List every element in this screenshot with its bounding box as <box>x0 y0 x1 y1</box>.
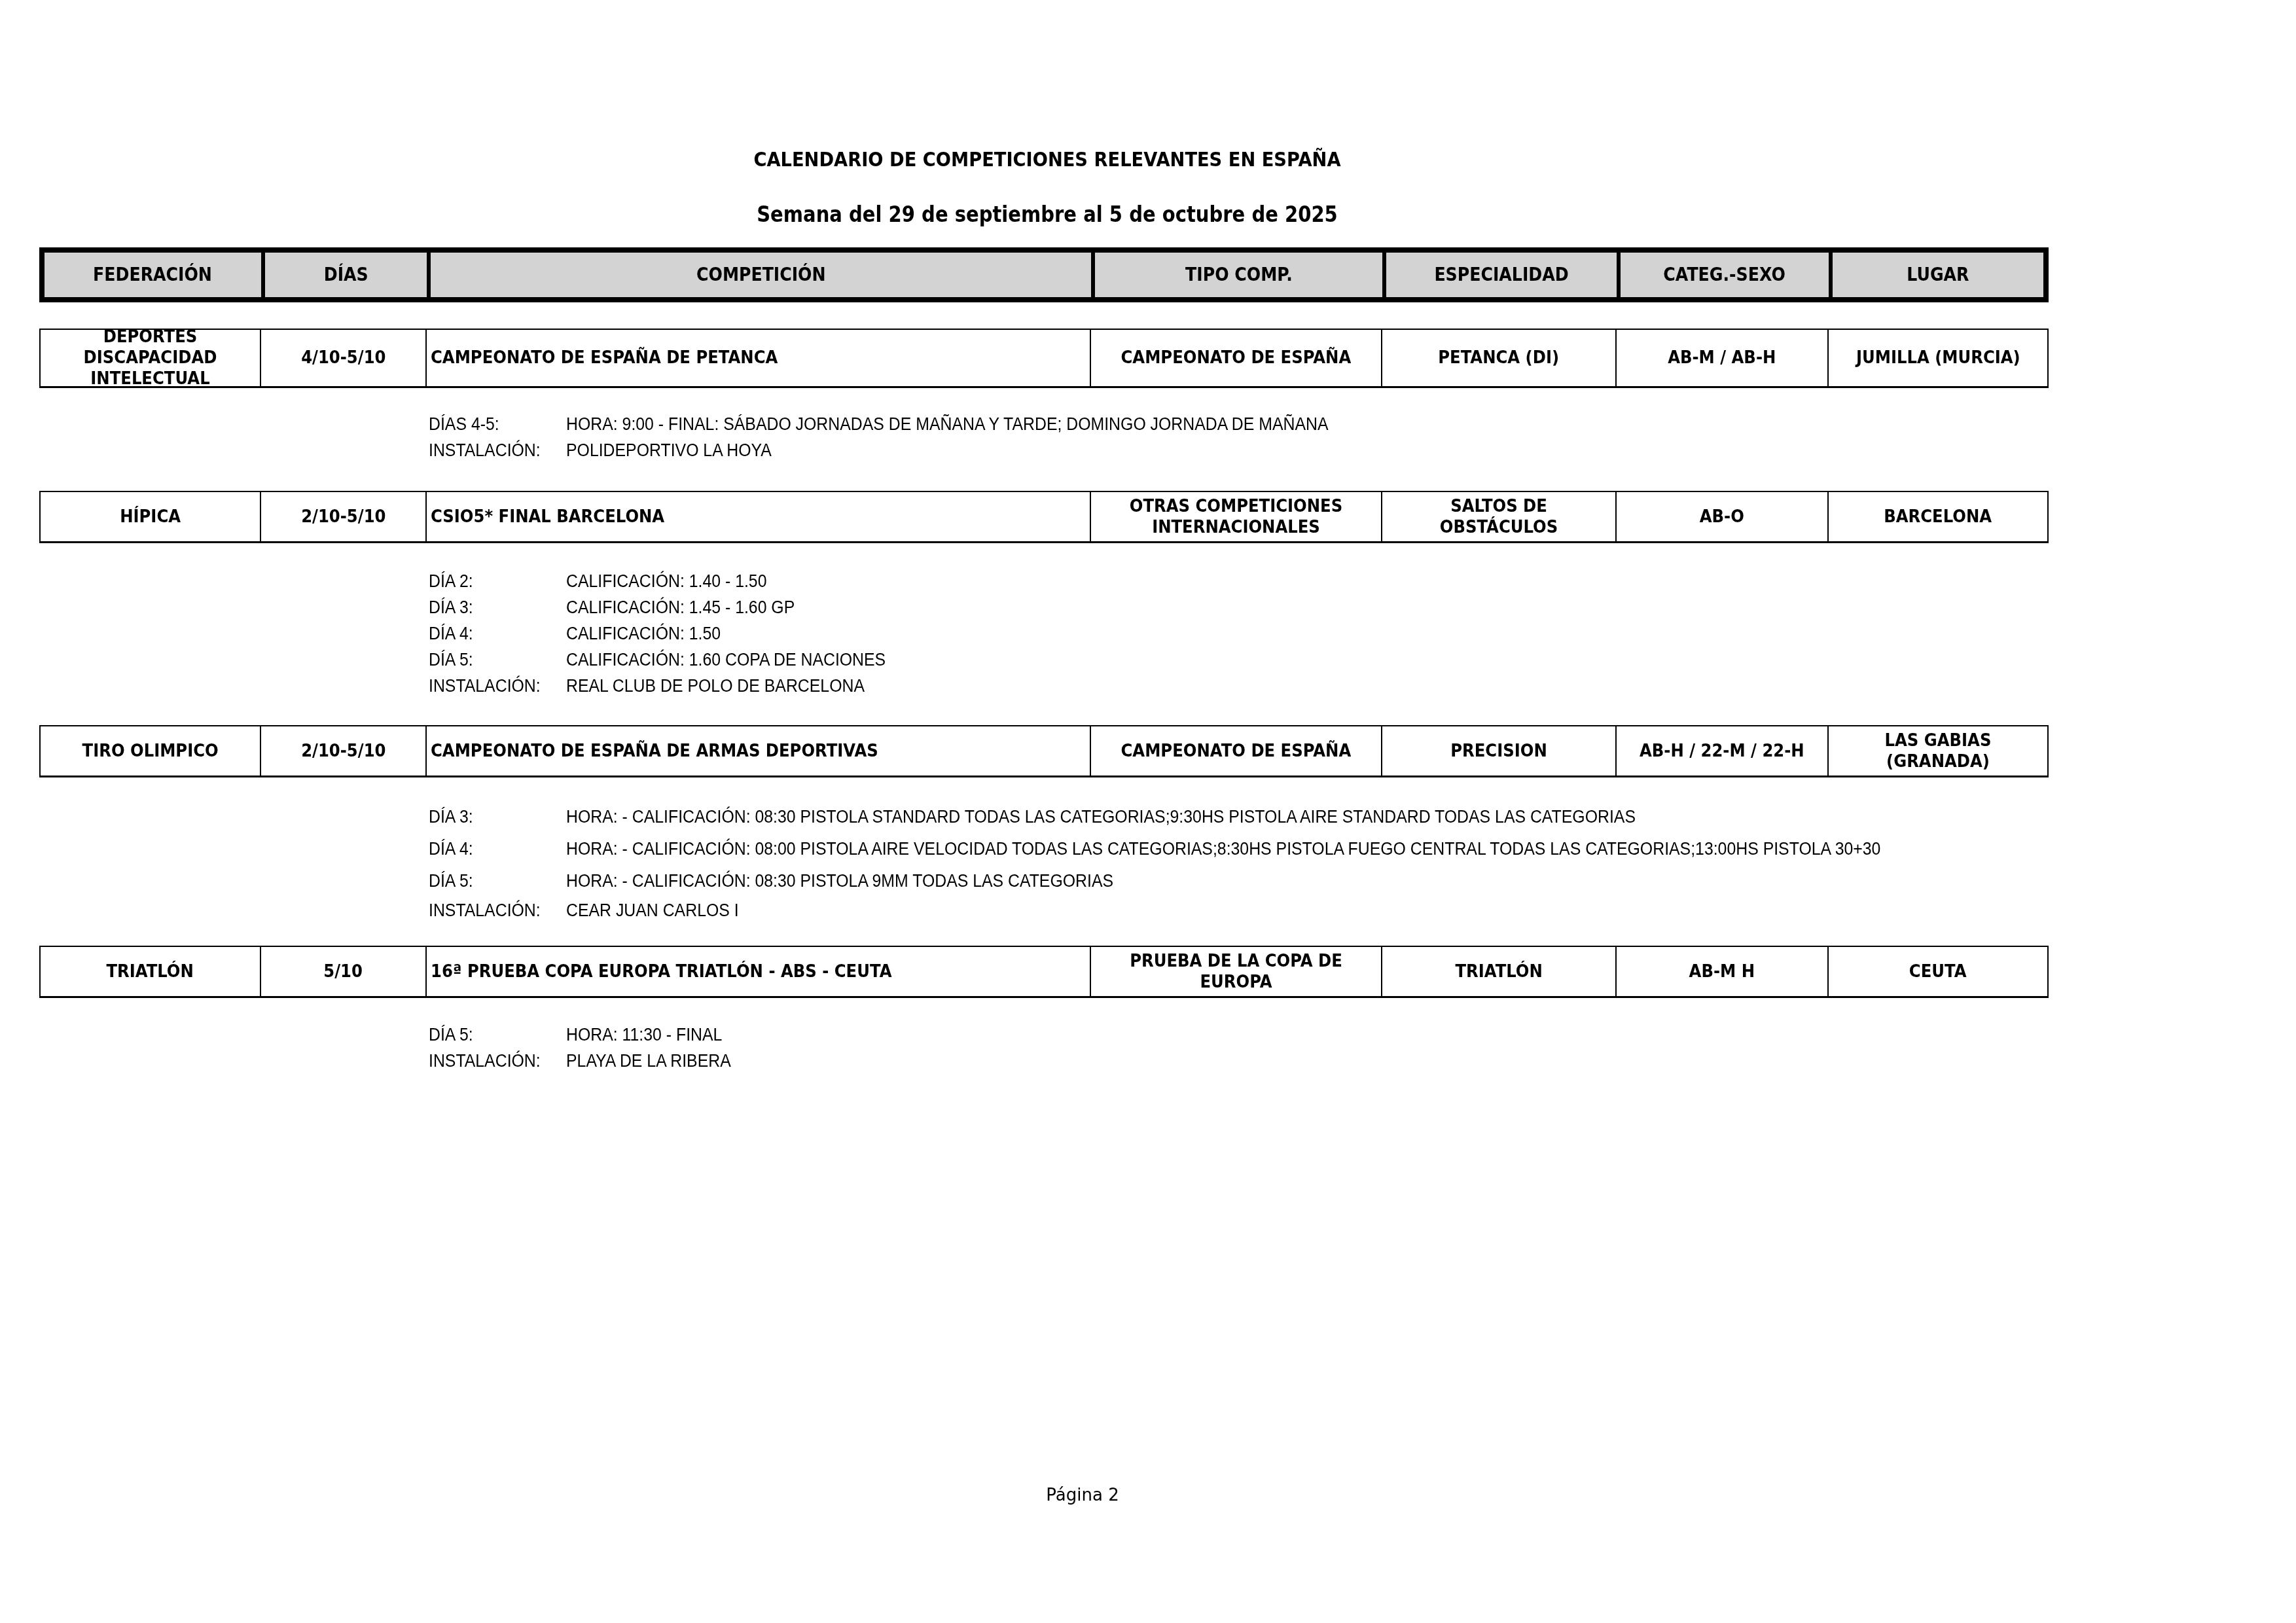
cell-dias: 5/10 <box>261 947 427 996</box>
detail-label: DÍA 2: <box>429 571 555 592</box>
detail-value: REAL CLUB DE POLO DE BARCELONA <box>566 676 865 696</box>
detail-line: DÍAS 4-5:HORA: 9:00 - FINAL: SÁBADO JORN… <box>429 411 1395 437</box>
cell-dias: 2/10-5/10 <box>261 492 427 541</box>
cell-especialidad: SALTOS DE OBSTÁCULOS <box>1382 492 1617 541</box>
detail-value: CALIFICACIÓN: 1.50 <box>566 624 721 644</box>
detail-value: CALIFICACIÓN: 1.60 COPA DE NACIONES <box>566 650 886 670</box>
detail-value: PLAYA DE LA RIBERA <box>566 1051 731 1071</box>
cell-dias: 4/10-5/10 <box>261 330 427 386</box>
detail-line: DÍA 4:HORA: - CALIFICACIÓN: 08:00 PISTOL… <box>429 833 1995 865</box>
cell-competicion: CAMPEONATO DE ESPAÑA DE ARMAS DEPORTIVAS <box>427 726 1091 776</box>
cell-tipo: OTRAS COMPETICIONES INTERNACIONALES <box>1091 492 1382 541</box>
detail-line: DÍA 4:CALIFICACIÓN: 1.50 <box>429 620 914 647</box>
detail-value: HORA: 9:00 - FINAL: SÁBADO JORNADAS DE M… <box>566 414 1329 435</box>
column-header-especialidad: ESPECIALIDAD <box>1386 253 1621 297</box>
cell-tipo: CAMPEONATO DE ESPAÑA <box>1091 330 1382 386</box>
detail-label: DÍA 3: <box>429 597 555 618</box>
column-header-dias: DÍAS <box>265 253 431 297</box>
document-title: CALENDARIO DE COMPETICIONES RELEVANTES E… <box>126 148 1969 171</box>
cell-categoria: AB-O <box>1617 492 1829 541</box>
column-header-competicion: COMPETICIÓN <box>431 253 1095 297</box>
cell-lugar: BARCELONA <box>1829 492 2047 541</box>
detail-label: DÍAS 4-5: <box>429 414 555 435</box>
event-details: DÍA 2:CALIFICACIÓN: 1.40 - 1.50DÍA 3:CAL… <box>429 568 914 699</box>
detail-line: INSTALACIÓN:PLAYA DE LA RIBERA <box>429 1048 745 1074</box>
detail-label: INSTALACIÓN: <box>429 1051 555 1071</box>
cell-tipo: PRUEBA DE LA COPA DE EUROPA <box>1091 947 1382 996</box>
detail-label: INSTALACIÓN: <box>429 676 555 696</box>
cell-categoria: AB-M / AB-H <box>1617 330 1829 386</box>
event-details: DÍA 5:HORA: 11:30 - FINALINSTALACIÓN:PLA… <box>429 1022 745 1074</box>
table-row: TIRO OLIMPICO2/10-5/10CAMPEONATO DE ESPA… <box>39 725 2049 777</box>
detail-line: DÍA 3:CALIFICACIÓN: 1.45 - 1.60 GP <box>429 594 914 620</box>
column-header-tipo: TIPO COMP. <box>1095 253 1386 297</box>
cell-federacion: TIRO OLIMPICO <box>41 726 261 776</box>
column-header-federacion: FEDERACIÓN <box>45 253 265 297</box>
cell-categoria: AB-M H <box>1617 947 1829 996</box>
detail-value: HORA: - CALIFICACIÓN: 08:00 PISTOLA AIRE… <box>566 839 1880 859</box>
detail-value: HORA: - CALIFICACIÓN: 08:30 PISTOLA 9MM … <box>566 871 1113 891</box>
cell-lugar: LAS GABIAS (GRANADA) <box>1829 726 2047 776</box>
detail-value: POLIDEPORTIVO LA HOYA <box>566 440 772 461</box>
cell-competicion: 16ª PRUEBA COPA EUROPA TRIATLÓN - ABS - … <box>427 947 1091 996</box>
detail-label: DÍA 4: <box>429 839 555 859</box>
detail-label: INSTALACIÓN: <box>429 440 555 461</box>
cell-especialidad: TRIATLÓN <box>1382 947 1617 996</box>
detail-line: DÍA 5:CALIFICACIÓN: 1.60 COPA DE NACIONE… <box>429 647 914 673</box>
detail-value: HORA: - CALIFICACIÓN: 08:30 PISTOLA STAN… <box>566 807 1636 827</box>
cell-lugar: CEUTA <box>1829 947 2047 996</box>
cell-especialidad: PETANCA (DI) <box>1382 330 1617 386</box>
detail-line: INSTALACIÓN:POLIDEPORTIVO LA HOYA <box>429 437 1395 463</box>
detail-line: DÍA 5:HORA: - CALIFICACIÓN: 08:30 PISTOL… <box>429 865 1995 897</box>
cell-competicion: CSIO5* FINAL BARCELONA <box>427 492 1091 541</box>
detail-value: HORA: 11:30 - FINAL <box>566 1025 722 1045</box>
detail-label: DÍA 4: <box>429 624 555 644</box>
cell-tipo: CAMPEONATO DE ESPAÑA <box>1091 726 1382 776</box>
table-header: FEDERACIÓN DÍAS COMPETICIÓN TIPO COMP. E… <box>39 247 2049 302</box>
detail-line: DÍA 5:HORA: 11:30 - FINAL <box>429 1022 745 1048</box>
cell-dias: 2/10-5/10 <box>261 726 427 776</box>
detail-label: DÍA 5: <box>429 871 555 891</box>
detail-label: INSTALACIÓN: <box>429 901 555 921</box>
cell-lugar: JUMILLA (MURCIA) <box>1829 330 2047 386</box>
column-header-categoria: CATEG.-SEXO <box>1621 253 1833 297</box>
cell-federacion: HÍPICA <box>41 492 261 541</box>
detail-value: CEAR JUAN CARLOS I <box>566 901 739 921</box>
cell-competicion: CAMPEONATO DE ESPAÑA DE PETANCA <box>427 330 1091 386</box>
detail-line: INSTALACIÓN:REAL CLUB DE POLO DE BARCELO… <box>429 673 914 699</box>
cell-especialidad: PRECISION <box>1382 726 1617 776</box>
column-header-lugar: LUGAR <box>1833 253 2043 297</box>
cell-categoria: AB-H / 22-M / 22-H <box>1617 726 1829 776</box>
detail-label: DÍA 3: <box>429 807 555 827</box>
cell-federacion: TRIATLÓN <box>41 947 261 996</box>
detail-line: DÍA 2:CALIFICACIÓN: 1.40 - 1.50 <box>429 568 914 594</box>
detail-line: DÍA 3:HORA: - CALIFICACIÓN: 08:30 PISTOL… <box>429 801 1995 833</box>
document-subtitle: Semana del 29 de septiembre al 5 de octu… <box>126 202 1969 227</box>
table-row: HÍPICA2/10-5/10CSIO5* FINAL BARCELONAOTR… <box>39 491 2049 543</box>
detail-value: CALIFICACIÓN: 1.45 - 1.60 GP <box>566 597 795 618</box>
detail-value: CALIFICACIÓN: 1.40 - 1.50 <box>566 571 766 592</box>
table-row: DEPORTES DISCAPACIDAD INTELECTUAL4/10-5/… <box>39 329 2049 388</box>
cell-federacion: DEPORTES DISCAPACIDAD INTELECTUAL <box>41 330 261 386</box>
detail-label: DÍA 5: <box>429 650 555 670</box>
page-number: Página 2 <box>0 1486 2296 1505</box>
event-details: DÍA 3:HORA: - CALIFICACIÓN: 08:30 PISTOL… <box>429 801 1995 923</box>
table-row: TRIATLÓN5/1016ª PRUEBA COPA EUROPA TRIAT… <box>39 946 2049 998</box>
detail-label: DÍA 5: <box>429 1025 555 1045</box>
event-details: DÍAS 4-5:HORA: 9:00 - FINAL: SÁBADO JORN… <box>429 411 1395 463</box>
detail-line: INSTALACIÓN:CEAR JUAN CARLOS I <box>429 897 1995 923</box>
